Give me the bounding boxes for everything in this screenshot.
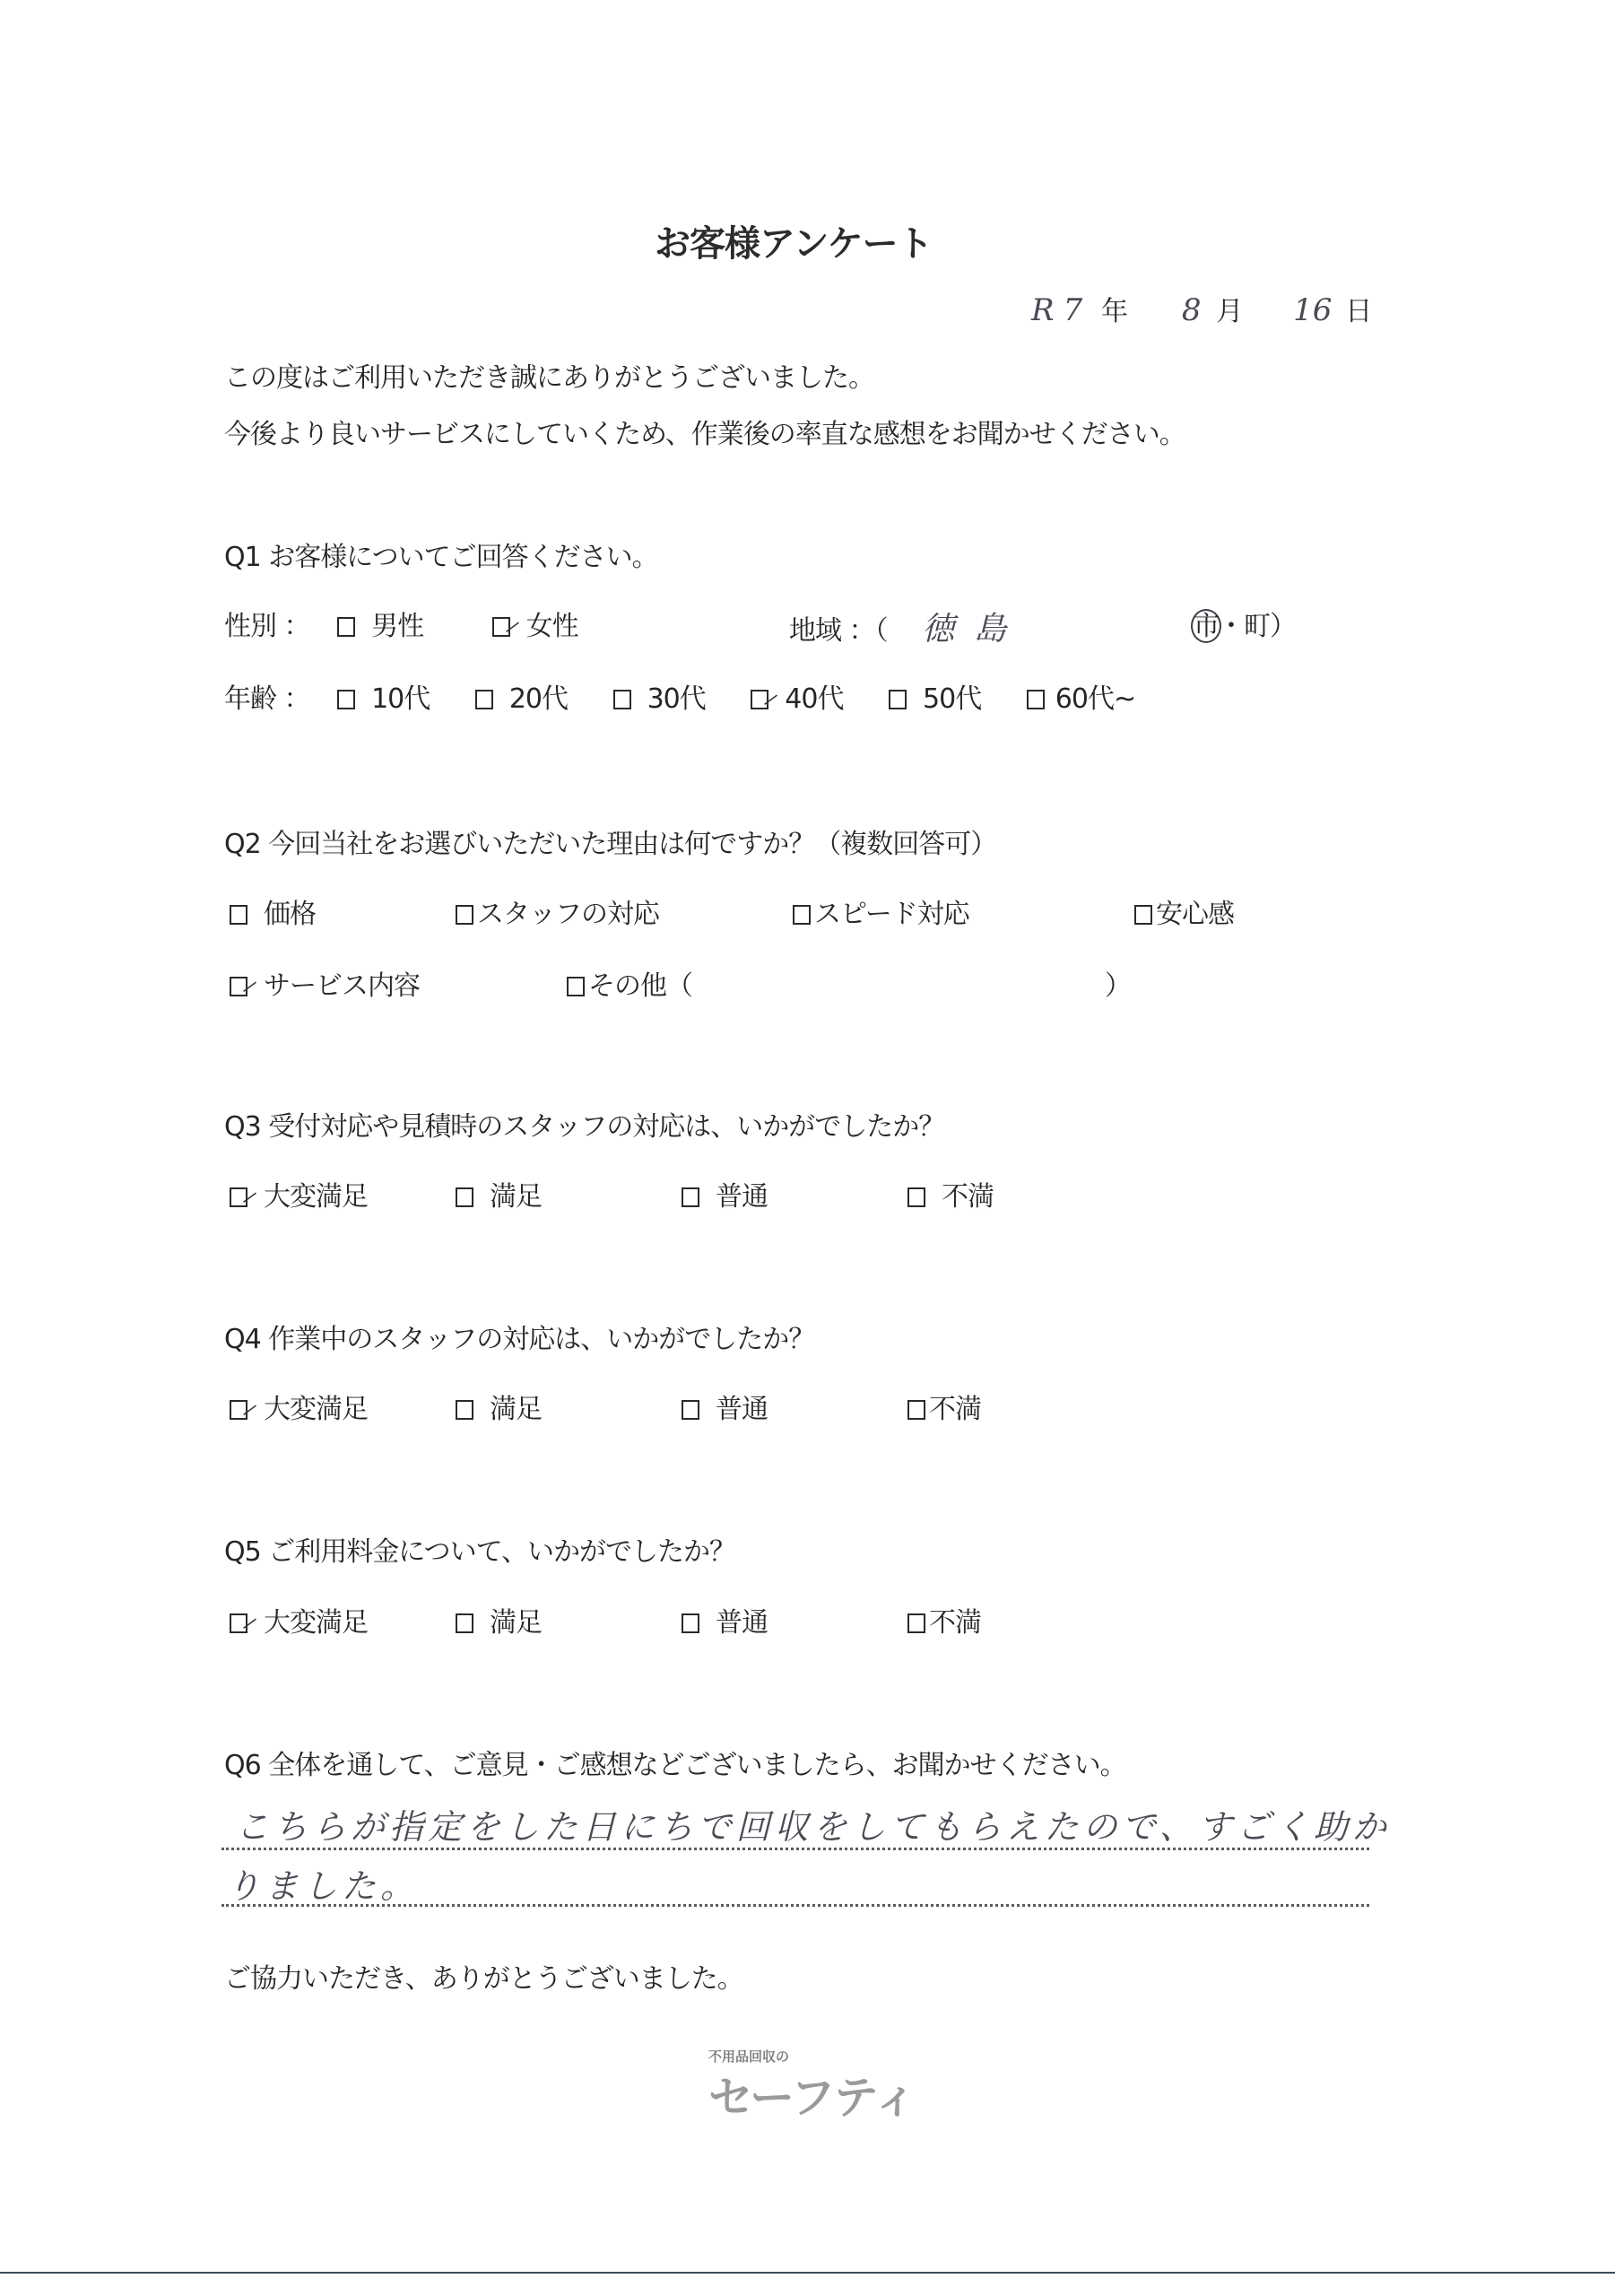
q4-option-dissatisfied[interactable]: 不満	[907, 1387, 981, 1426]
region-close-paren: ）	[1270, 611, 1296, 642]
company-logo: 不用品回収の セーフティ	[708, 2047, 916, 2126]
region-type: 市・町）	[1191, 604, 1296, 643]
checkbox-icon[interactable]	[889, 690, 907, 709]
q3-option-dissatisfied[interactable]: 不満	[907, 1174, 994, 1213]
q2-option-staff[interactable]: スタッフの対応	[456, 891, 659, 931]
date-day-label: 日	[1345, 296, 1371, 327]
q4-option-satisfied[interactable]: 満足	[456, 1387, 542, 1426]
checkbox-icon[interactable]	[456, 1613, 473, 1633]
answer-line-divider	[221, 1848, 1369, 1850]
checkbox-icon[interactable]	[793, 905, 811, 925]
q5-option-dissatisfied[interactable]: 不満	[907, 1600, 981, 1639]
checkbox-icon[interactable]	[230, 905, 247, 925]
intro-line-1: この度はご利用いただき誠にありがとうございました。	[224, 355, 874, 395]
checkbox-icon[interactable]	[475, 690, 493, 709]
checkbox-icon[interactable]	[682, 1400, 699, 1420]
intro-line-2: 今後より良いサービスにしていくため、作業後の率直な感想をお聞かせください。	[224, 412, 1185, 451]
q5-option-neutral[interactable]: 普通	[682, 1600, 768, 1639]
q6-answer-line-2[interactable]: りました。	[226, 1858, 419, 1908]
q2-option-service[interactable]: サービス内容	[230, 963, 420, 1003]
q3-question: Q3 受付対応や見積時のスタッフの対応は、いかがでしたか？	[224, 1104, 944, 1144]
age-option-40s[interactable]: 40代	[751, 676, 843, 716]
q2-option-speed[interactable]: スピード対応	[793, 891, 969, 931]
closing-message: ご協力いただき、ありがとうございました。	[224, 1956, 743, 1996]
q4-option-neutral[interactable]: 普通	[682, 1387, 768, 1426]
age-option-10s[interactable]: 10代	[337, 676, 430, 716]
checkbox-icon[interactable]	[613, 690, 631, 709]
checkbox-checked-icon[interactable]	[492, 617, 510, 637]
checkbox-icon[interactable]	[907, 1187, 925, 1207]
checkbox-icon[interactable]	[1027, 690, 1045, 709]
q4-option-very-satisfied[interactable]: 大変満足	[230, 1387, 368, 1426]
q6-question: Q6 全体を通して、ご意見・ご感想などございましたら、お聞かせください。	[224, 1743, 1126, 1782]
checkbox-checked-icon[interactable]	[230, 1613, 247, 1633]
gender-row: 性別 ： 男性 女性	[224, 604, 578, 643]
date-month-label: 月	[1216, 296, 1242, 327]
checkbox-checked-icon[interactable]	[230, 1400, 247, 1420]
q5-option-satisfied[interactable]: 満足	[456, 1600, 542, 1639]
age-option-20s[interactable]: 20代	[475, 676, 568, 716]
checkbox-icon[interactable]	[337, 690, 355, 709]
region-field[interactable]: 地域 ：（ 徳島	[789, 604, 1026, 649]
region-separator: ・	[1218, 611, 1244, 642]
q2-option-other[interactable]: その他（	[567, 963, 692, 1003]
q3-option-very-satisfied[interactable]: 大変満足	[230, 1174, 368, 1213]
checkbox-icon[interactable]	[682, 1187, 699, 1207]
checkbox-icon[interactable]	[567, 977, 585, 996]
q2-question: Q2 今回当社をお選びいただいた理由は何ですか？（複数回答可）	[224, 822, 996, 861]
date-year-label: 年	[1101, 296, 1127, 327]
age-label: 年齢 ：	[224, 683, 310, 715]
q3-option-satisfied[interactable]: 満足	[456, 1174, 542, 1213]
q2-other-close-paren: ）	[1105, 963, 1131, 1003]
q2-option-reassurance[interactable]: 安心感	[1134, 891, 1234, 931]
checkbox-icon[interactable]	[456, 1400, 473, 1420]
date-month: 8	[1182, 292, 1202, 328]
region-label: 地域 ：（	[789, 615, 888, 647]
age-option-60s-plus[interactable]: 60代~	[1027, 676, 1135, 716]
age-option-50s[interactable]: 50代	[889, 676, 981, 716]
region-option-town[interactable]: 町	[1244, 611, 1270, 642]
checkbox-icon[interactable]	[682, 1613, 699, 1633]
checkbox-icon[interactable]	[907, 1400, 925, 1420]
gender-option-female[interactable]: 女性	[492, 604, 578, 643]
age-row: 年齢 ： 10代 20代 30代 40代 50代 60代~	[224, 676, 1135, 716]
q4-question: Q4 作業中のスタッフの対応は、いかがでしたか？	[224, 1317, 814, 1356]
page-bottom-rule	[0, 2272, 1615, 2274]
date-era-year: R7	[1031, 292, 1091, 328]
region-value: 徳島	[922, 611, 1026, 648]
checkbox-checked-icon[interactable]	[230, 1187, 247, 1207]
checkbox-icon[interactable]	[907, 1613, 925, 1633]
checkbox-icon[interactable]	[1134, 905, 1152, 925]
q1-question: Q1 お客様についてご回答ください。	[224, 535, 658, 574]
date-field[interactable]: R7 年 8 月 16 日	[1031, 289, 1371, 328]
checkbox-icon[interactable]	[456, 1187, 473, 1207]
gender-label: 性別 ：	[224, 611, 310, 642]
q3-option-neutral[interactable]: 普通	[682, 1174, 768, 1213]
region-option-city-circled[interactable]: 市	[1191, 609, 1221, 643]
logo-brand: セーフティ	[708, 2062, 916, 2126]
survey-title: お客様アンケート	[655, 215, 933, 266]
q5-option-very-satisfied[interactable]: 大変満足	[230, 1600, 368, 1639]
age-option-30s[interactable]: 30代	[613, 676, 706, 716]
checkbox-icon[interactable]	[337, 617, 355, 637]
q5-question: Q5 ご利用料金について、いかがでしたか？	[224, 1529, 735, 1569]
checkbox-checked-icon[interactable]	[230, 977, 247, 996]
checkbox-icon[interactable]	[456, 905, 473, 925]
q2-option-price[interactable]: 価格	[230, 891, 316, 931]
q6-answer-line-1[interactable]: こちらが指定をした日にちで回収をしてもらえたので、すごく助か	[235, 1799, 1391, 1848]
gender-option-male[interactable]: 男性	[337, 604, 423, 643]
date-day: 16	[1293, 292, 1332, 328]
answer-line-divider	[221, 1904, 1369, 1907]
checkbox-checked-icon[interactable]	[751, 690, 768, 709]
